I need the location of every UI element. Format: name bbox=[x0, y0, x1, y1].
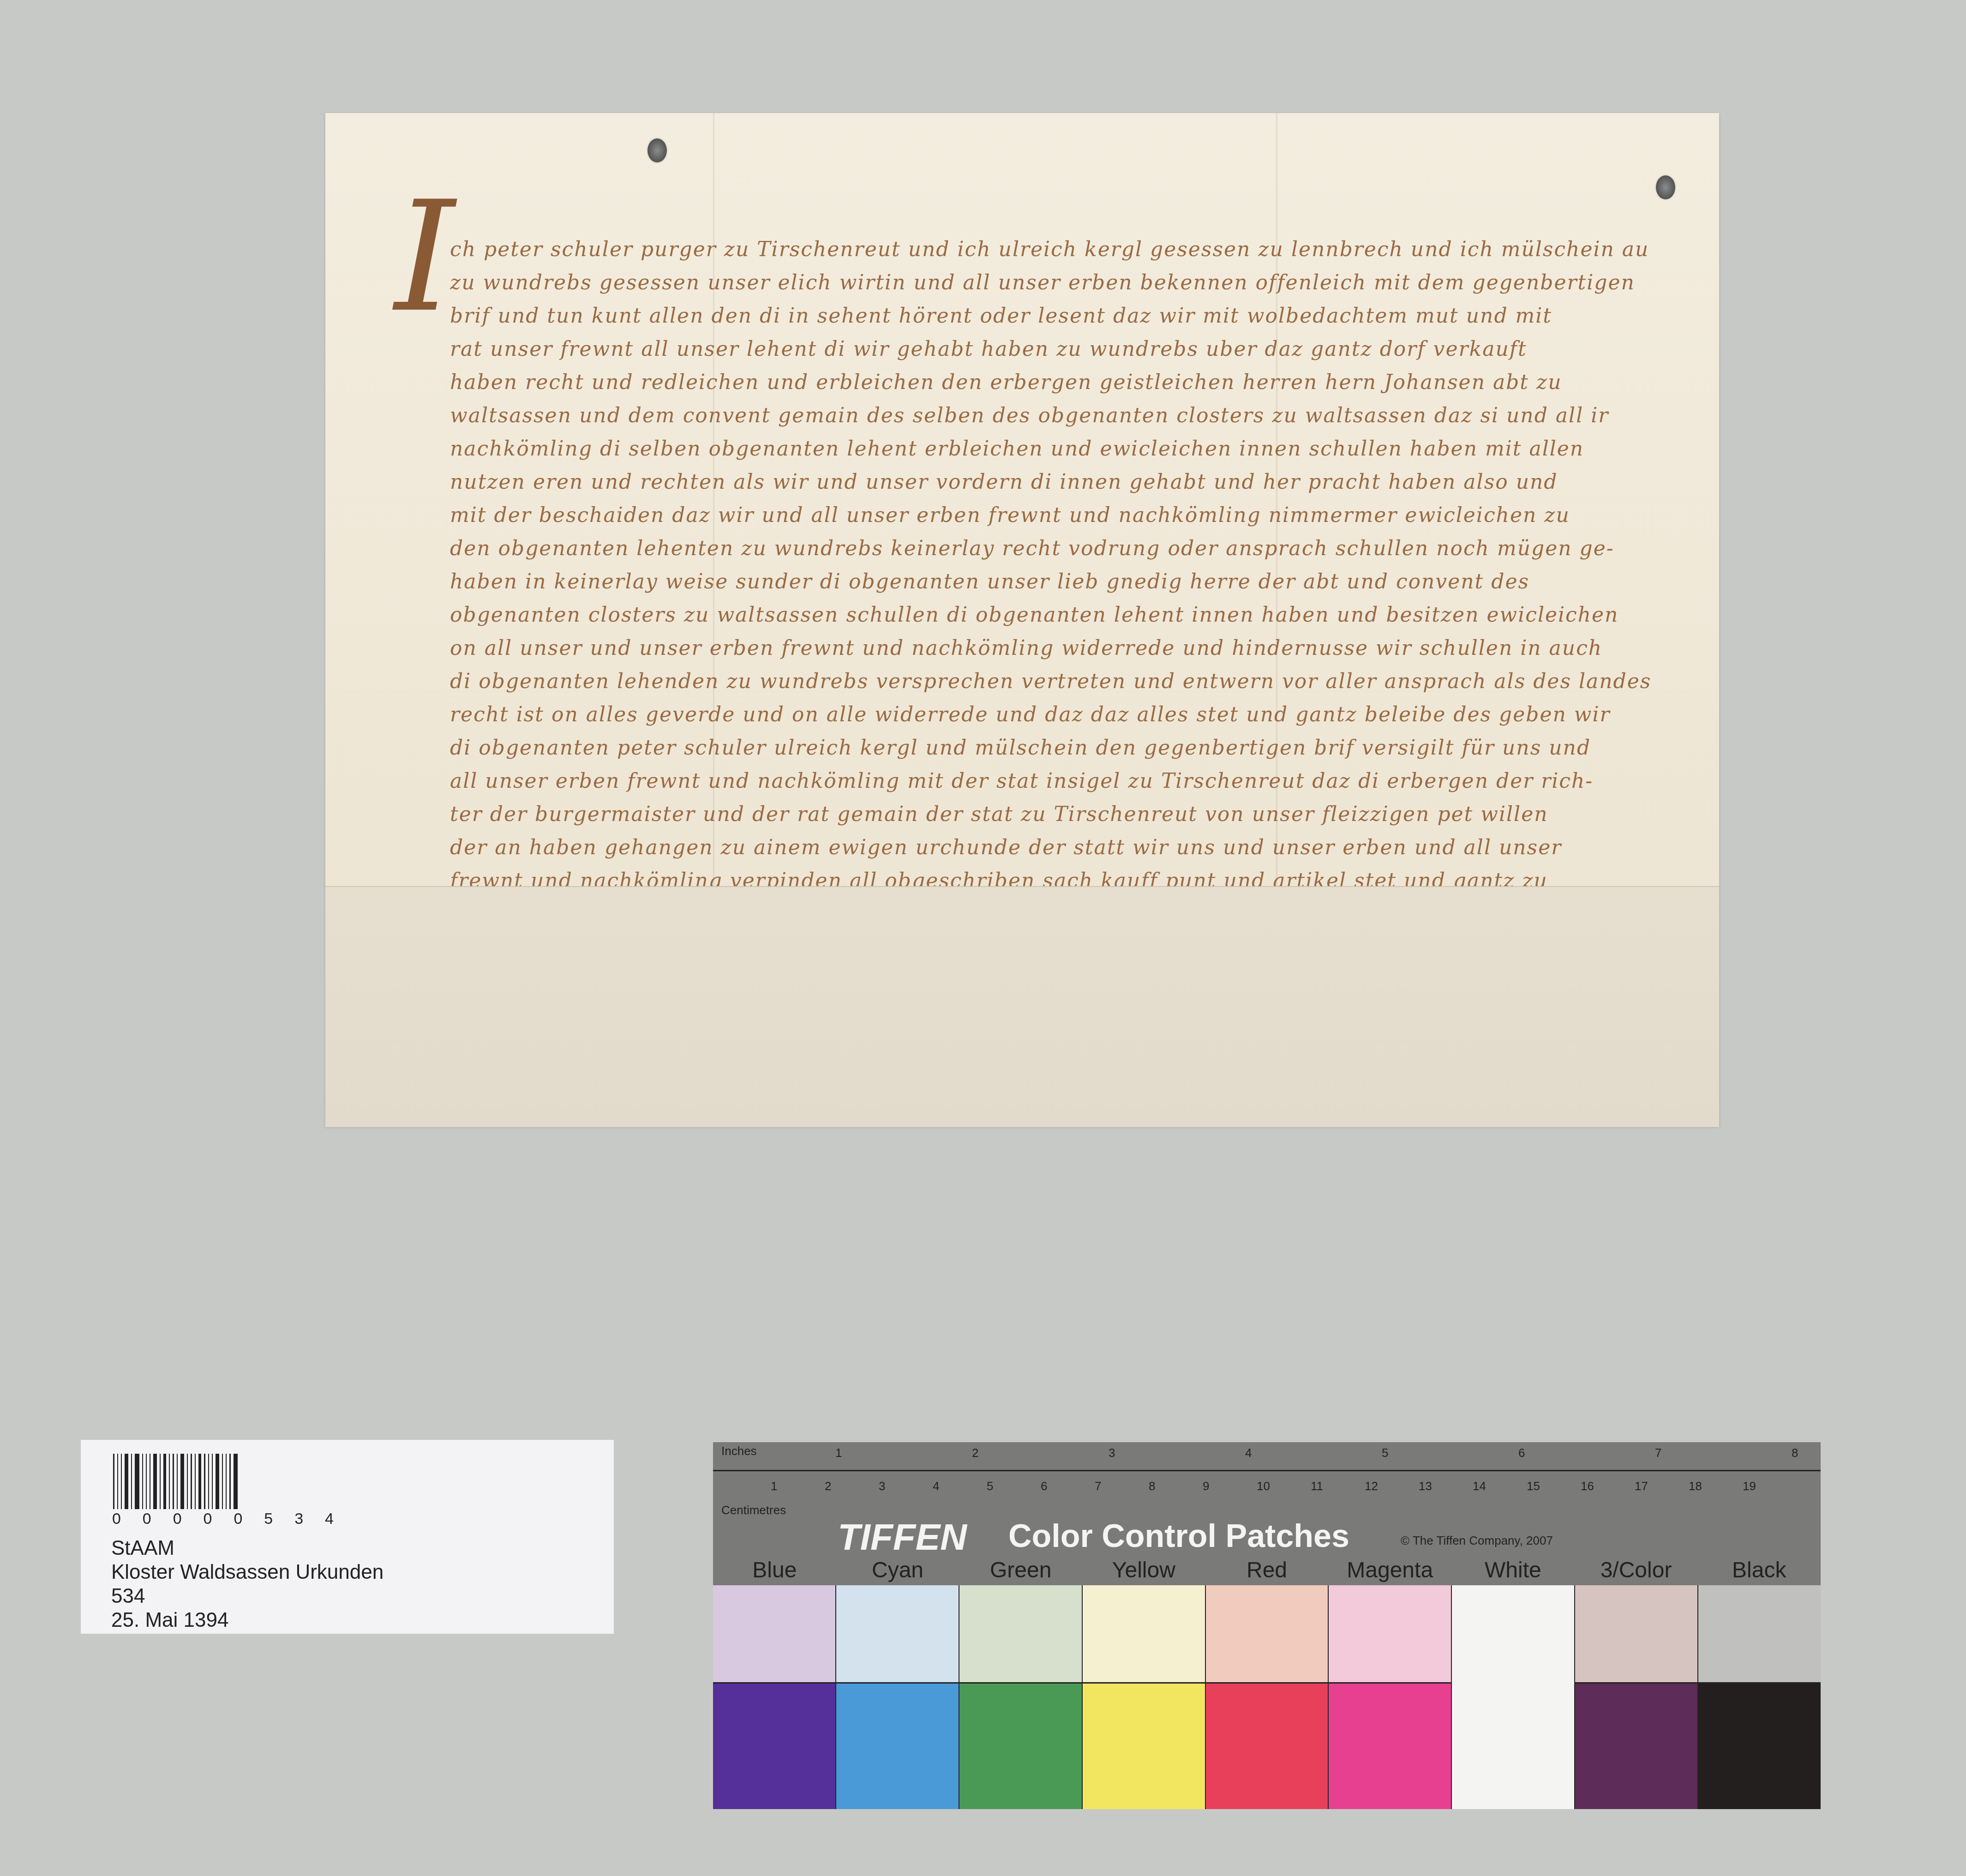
color-patch-yellow bbox=[1082, 1585, 1205, 1809]
inch-tick: 2 bbox=[972, 1446, 978, 1460]
charter-line: di obgenanten peter schuler ulreich kerg… bbox=[450, 731, 1650, 765]
cm-tick: 9 bbox=[1203, 1479, 1209, 1493]
parchment-charter: I ch peter schuler purger zu Tirschenreu… bbox=[325, 113, 1719, 1126]
document-date: 25. Mai 1394 bbox=[111, 1609, 228, 1632]
charter-line: der an haben gehangen zu ainem ewigen ur… bbox=[450, 831, 1650, 864]
archive-label: 00000534 StAAM Kloster Waldsassen Urkund… bbox=[81, 1440, 614, 1634]
inch-tick: 1 bbox=[835, 1446, 842, 1460]
patch-name: Yellow bbox=[1082, 1558, 1205, 1583]
inch-tick: 7 bbox=[1655, 1446, 1661, 1460]
cm-tick: 3 bbox=[879, 1479, 885, 1493]
cm-tick: 13 bbox=[1419, 1479, 1432, 1493]
cm-tick: 10 bbox=[1257, 1479, 1270, 1493]
centimetres-label: Centimetres bbox=[721, 1503, 786, 1517]
charter-line: zu wundrebs gesessen unser elich wirtin … bbox=[450, 266, 1650, 300]
charter-line: on all unser und unser erben frewnt und … bbox=[450, 632, 1650, 665]
charter-line: all unser erben frewnt und nachkömling m… bbox=[450, 765, 1650, 798]
patch-name: 3/Color bbox=[1575, 1558, 1698, 1583]
charter-line: mit der beschaiden daz wir und all unser… bbox=[450, 499, 1650, 532]
cm-tick: 12 bbox=[1365, 1479, 1378, 1493]
inch-tick: 4 bbox=[1245, 1446, 1252, 1460]
archive-name: StAAM bbox=[111, 1537, 174, 1560]
charter-line: recht ist on alles geverde und on alle w… bbox=[450, 698, 1650, 731]
color-patch-3color bbox=[1574, 1585, 1697, 1809]
cm-tick: 15 bbox=[1527, 1479, 1540, 1493]
charter-line: ter der burgermaister und der rat gemain… bbox=[450, 798, 1650, 831]
charter-line: ch peter schuler purger zu Tirschenreut … bbox=[450, 233, 1650, 266]
charter-line: nutzen eren und rechten als wir und unse… bbox=[450, 466, 1650, 499]
charter-line: haben in keinerlay weise sunder di obgen… bbox=[450, 565, 1650, 599]
color-patches bbox=[713, 1585, 1821, 1809]
barcode bbox=[113, 1454, 330, 1509]
cm-tick: 14 bbox=[1473, 1479, 1486, 1493]
plica-fold bbox=[325, 886, 1719, 1127]
cm-tick: 5 bbox=[987, 1479, 993, 1493]
color-patch-cyan bbox=[835, 1585, 959, 1809]
cm-tick: 19 bbox=[1743, 1479, 1756, 1493]
patch-name: Magenta bbox=[1328, 1558, 1451, 1583]
charter-line: rat unser frewnt all unser lehent di wir… bbox=[450, 333, 1650, 366]
charter-line: brif und tun kunt allen den di in sehent… bbox=[450, 300, 1650, 333]
cm-tick: 2 bbox=[825, 1479, 831, 1493]
cm-tick: 6 bbox=[1041, 1479, 1047, 1493]
color-patch-green bbox=[959, 1585, 1082, 1809]
cm-tick: 17 bbox=[1635, 1479, 1648, 1493]
color-control-chart: Inches Centimetres 123456781234567891011… bbox=[713, 1442, 1821, 1809]
patch-name: Green bbox=[959, 1558, 1082, 1583]
color-patch-white bbox=[1451, 1585, 1574, 1809]
cm-tick: 7 bbox=[1095, 1479, 1101, 1493]
patch-name: Cyan bbox=[836, 1558, 959, 1583]
patch-name: Blue bbox=[713, 1558, 836, 1583]
charter-line: di obgenanten lehenden zu wundrebs versp… bbox=[450, 665, 1650, 698]
cm-tick: 1 bbox=[771, 1479, 777, 1493]
charter-line: haben recht und redleichen und erbleiche… bbox=[450, 366, 1650, 399]
patch-names: BlueCyanGreenYellowRedMagentaWhite3/Colo… bbox=[713, 1558, 1821, 1583]
decorated-initial: I bbox=[395, 168, 455, 346]
charter-text: ch peter schuler purger zu Tirschenreut … bbox=[450, 233, 1650, 997]
inch-tick: 5 bbox=[1382, 1446, 1388, 1460]
color-patch-magenta bbox=[1328, 1585, 1451, 1809]
cm-tick: 16 bbox=[1581, 1479, 1594, 1493]
inch-tick: 3 bbox=[1109, 1446, 1115, 1460]
color-patch-black bbox=[1697, 1585, 1821, 1809]
seal-hole-icon bbox=[646, 137, 668, 164]
inches-label: Inches bbox=[721, 1444, 757, 1458]
cm-tick: 18 bbox=[1689, 1479, 1702, 1493]
inch-tick: 8 bbox=[1792, 1446, 1798, 1460]
barcode-digits: 00000534 bbox=[112, 1510, 334, 1528]
color-patch-red bbox=[1205, 1585, 1328, 1809]
ruler: Inches Centimetres 123456781234567891011… bbox=[713, 1442, 1821, 1504]
collection-name: Kloster Waldsassen Urkunden bbox=[111, 1561, 384, 1584]
patch-name: White bbox=[1451, 1558, 1575, 1583]
cm-tick: 8 bbox=[1149, 1479, 1155, 1493]
seal-hole-icon bbox=[1654, 174, 1677, 201]
color-patch-blue bbox=[713, 1585, 835, 1809]
tiffen-logo: TIFFEN bbox=[838, 1516, 967, 1558]
inch-tick: 6 bbox=[1518, 1446, 1525, 1460]
cm-tick: 11 bbox=[1311, 1479, 1323, 1493]
charter-line: nachkömling di selben obgenanten lehent … bbox=[450, 432, 1650, 466]
cm-tick: 4 bbox=[933, 1479, 939, 1493]
charter-line: waltsassen und dem convent gemain des se… bbox=[450, 399, 1650, 432]
charter-line: obgenanten closters zu waltsassen schull… bbox=[450, 599, 1650, 632]
patch-name: Red bbox=[1205, 1558, 1329, 1583]
copyright: © The Tiffen Company, 2007 bbox=[1401, 1534, 1553, 1548]
chart-title: Color Control Patches bbox=[1008, 1517, 1349, 1554]
patch-name: Black bbox=[1697, 1558, 1821, 1583]
charter-line: den obgenanten lehenten zu wundrebs kein… bbox=[450, 532, 1650, 565]
document-number: 534 bbox=[111, 1585, 145, 1608]
